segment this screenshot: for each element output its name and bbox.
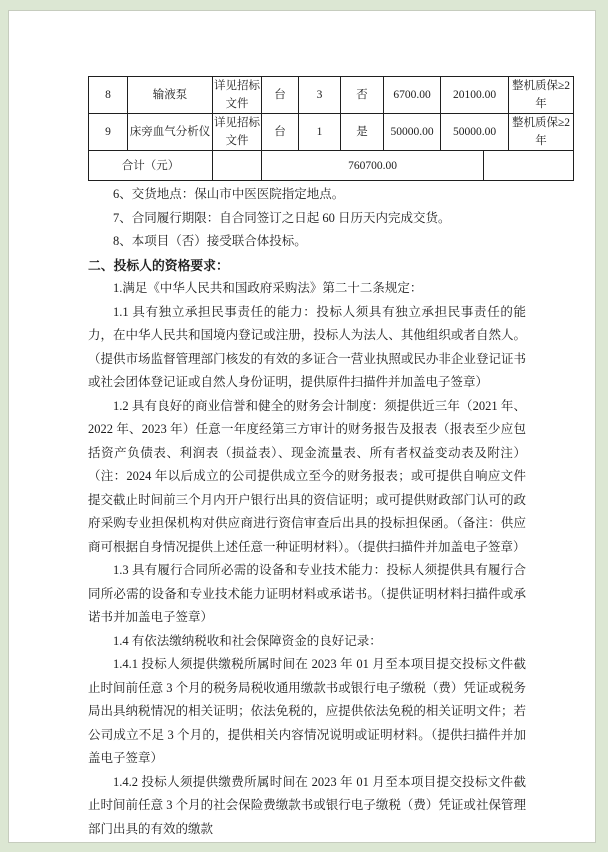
cell-spec: 详见招标文件: [213, 77, 262, 114]
document-page: 8 输液泵 详见招标文件 台 3 否 6700.00 20100.00 整机质保…: [8, 10, 596, 843]
paragraph-1-4-1-tax-records: 1.4.1 投标人须提供缴税所属时间在 2023 年 01 月至本项目提交投标文…: [88, 653, 526, 771]
table-total-row: 合计（元） 760700.00: [89, 151, 574, 181]
paragraph-consortium-bid: 8、本项目（否）接受联合体投标。: [88, 230, 526, 254]
cell-warranty: 整机质保≥2 年: [509, 114, 574, 151]
goods-table: 8 输液泵 详见招标文件 台 3 否 6700.00 20100.00 整机质保…: [88, 76, 574, 181]
cell-seq: 8: [89, 77, 128, 114]
total-empty-cell: [213, 151, 262, 181]
paragraph-1-1-civil-liability: 1.1 具有独立承担民事责任的能力：投标人须具有独立承担民事责任的能力，在中华人…: [88, 301, 526, 395]
cell-unit-price: 6700.00: [384, 77, 441, 114]
section-heading-qualification-requirements: 二、投标人的资格要求：: [88, 254, 526, 278]
cell-spec: 详见招标文件: [213, 114, 262, 151]
table-row-item-8: 8 输液泵 详见招标文件 台 3 否 6700.00 20100.00 整机质保…: [89, 77, 574, 114]
table-row-item-9: 9 床旁血气分析仪 详见招标文件 台 1 是 50000.00 50000.00…: [89, 114, 574, 151]
paragraph-contract-period: 7、合同履行期限：自合同签订之日起 60 日历天内完成交货。: [88, 207, 526, 231]
paragraph-law-article22: 1.满足《中华人民共和国政府采购法》第二十二条规定：: [88, 277, 526, 301]
total-empty-cell-right: [484, 151, 574, 181]
cell-total-price: 50000.00: [441, 114, 509, 151]
total-amount: 760700.00: [262, 151, 484, 181]
paragraph-1-4-2-social-insurance: 1.4.2 投标人须提供缴费所属时间在 2023 年 01 月至本项目提交投标文…: [88, 771, 526, 842]
total-label: 合计（元）: [89, 151, 213, 181]
cell-unit: 台: [262, 114, 299, 151]
cell-qty: 3: [299, 77, 341, 114]
body-text: 6、交货地点：保山市中医医院指定地点。 7、合同履行期限：自合同签订之日起 60…: [88, 183, 526, 841]
cell-seq: 9: [89, 114, 128, 151]
cell-item-name: 输液泵: [128, 77, 213, 114]
paragraph-1-2-financial-credit: 1.2 具有良好的商业信誉和健全的财务会计制度：须提供近三年（2021 年、20…: [88, 395, 526, 560]
document-background: { "page": { "background_color": "#dce7d3…: [0, 0, 608, 852]
cell-qty: 1: [299, 114, 341, 151]
paragraph-1-3-equipment-capability: 1.3 具有履行合同所必需的设备和专业技术能力：投标人须提供具有履行合同所必需的…: [88, 559, 526, 630]
cell-warranty: 整机质保≥2 年: [509, 77, 574, 114]
cell-import-flag: 否: [341, 77, 384, 114]
cell-unit: 台: [262, 77, 299, 114]
cell-item-name: 床旁血气分析仪: [128, 114, 213, 151]
paragraph-delivery-location: 6、交货地点：保山市中医医院指定地点。: [88, 183, 526, 207]
cell-total-price: 20100.00: [441, 77, 509, 114]
cell-unit-price: 50000.00: [384, 114, 441, 151]
paragraph-1-4-tax-social-security: 1.4 有依法缴纳税收和社会保障资金的良好记录：: [88, 630, 526, 654]
cell-import-flag: 是: [341, 114, 384, 151]
